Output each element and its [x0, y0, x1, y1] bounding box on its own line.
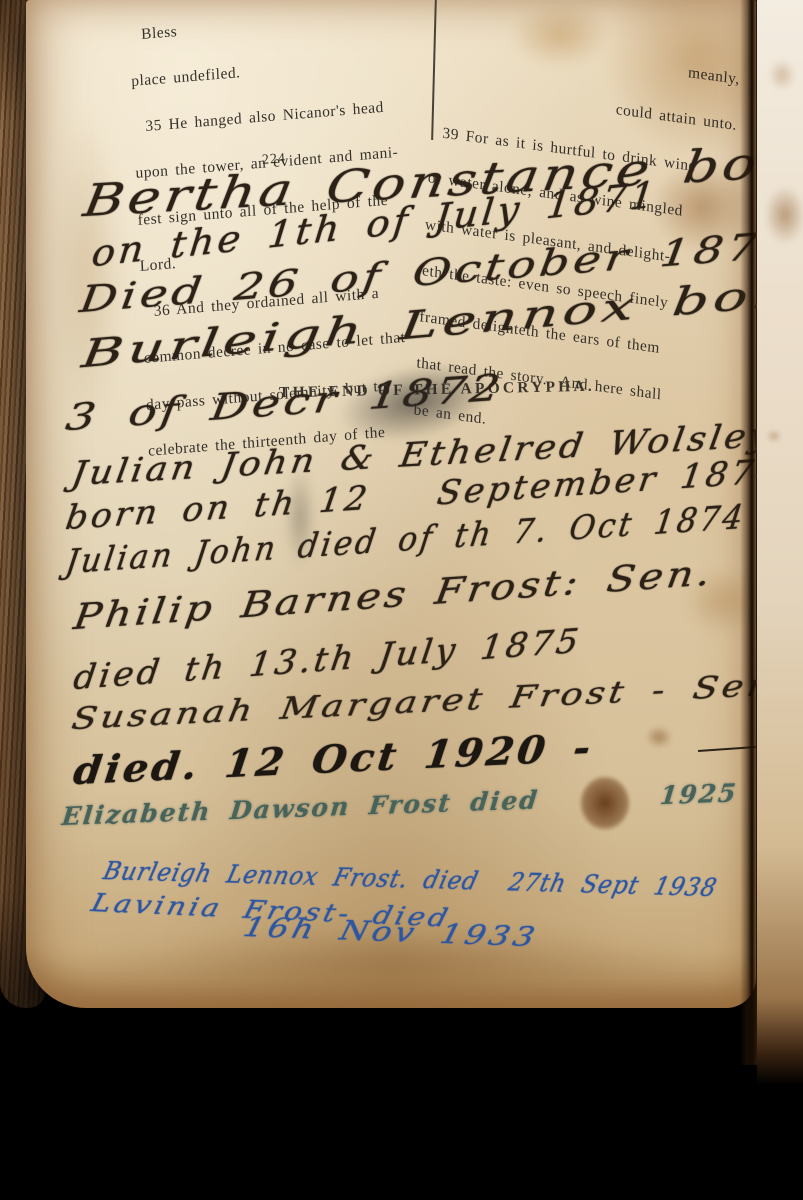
- printed-text-fragment: could attain unto.: [433, 78, 741, 134]
- handwritten-year: 1925: [659, 778, 740, 810]
- ink-smudge: [286, 468, 314, 566]
- printed-line: place undefiled.: [131, 48, 451, 89]
- printed-text-fragment: Bless: [129, 2, 449, 43]
- stain: [765, 186, 803, 244]
- stain: [767, 430, 781, 442]
- facing-page-edge: [757, 0, 803, 1085]
- printed-line: 35 He hanged also Nicanor's head: [133, 95, 453, 136]
- stain: [769, 60, 795, 90]
- book-photo: Bless place undefiled. 35 He hanged also…: [0, 0, 803, 1200]
